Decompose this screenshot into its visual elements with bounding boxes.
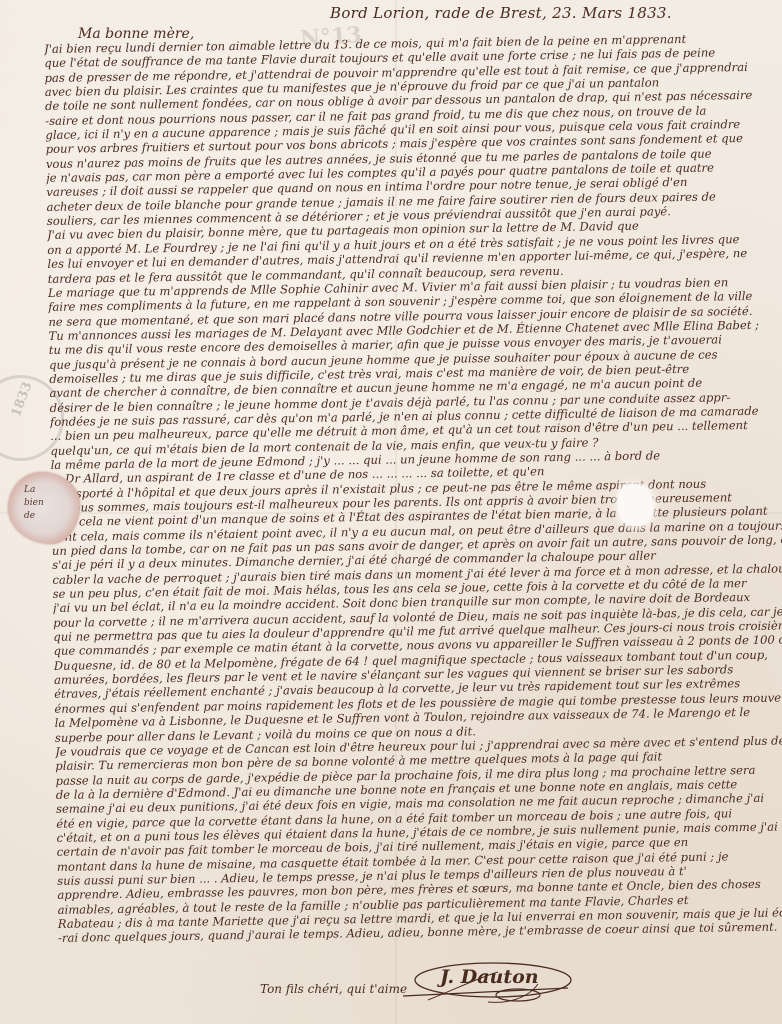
closing-line: Ton fils chéri, qui t'aime — [260, 982, 407, 996]
wax-seal-icon — [8, 472, 80, 544]
letter-body: J'ai bien reçu lundi dernier ton aimable… — [44, 31, 782, 946]
seal-fragment-text: Labiende — [24, 484, 44, 523]
letter-header-date-place: Bord Lorion, rade de Brest, 23. Mars 183… — [330, 4, 672, 22]
paper-tear-hole — [618, 484, 654, 526]
signature: J. Dauton — [440, 966, 539, 988]
letter-page: N°13 Bord Lorion, rade de Brest, 23. Mar… — [0, 0, 782, 1024]
